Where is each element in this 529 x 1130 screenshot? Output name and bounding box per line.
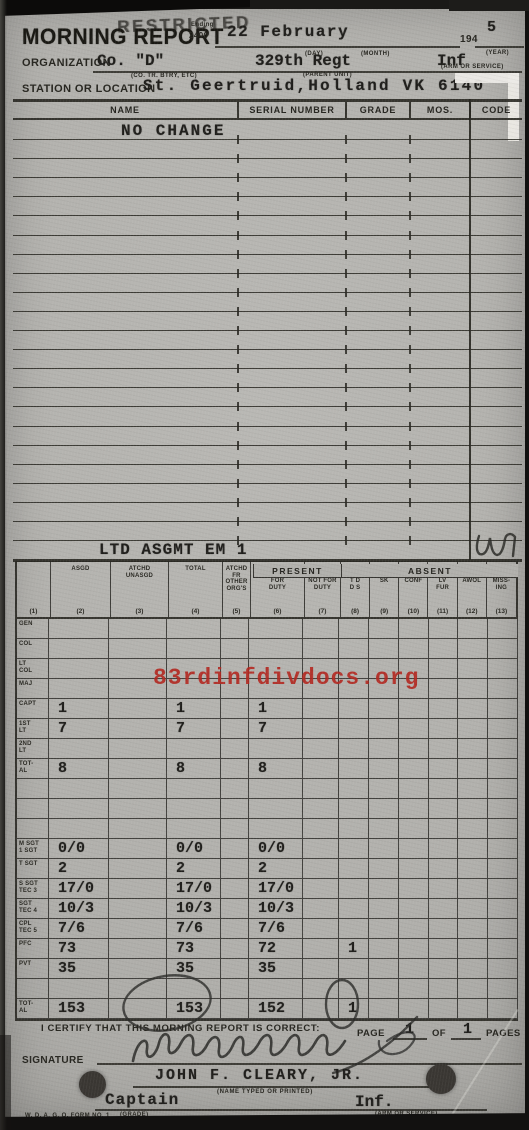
name-table-row bbox=[13, 407, 522, 426]
strength-cell bbox=[221, 639, 249, 659]
strength-col-header: (1) bbox=[17, 562, 51, 617]
punch-hole-left bbox=[79, 1071, 106, 1098]
strength-cell bbox=[429, 959, 459, 979]
strength-row-label: CAPT bbox=[17, 699, 49, 719]
photo-edge-bottom bbox=[0, 1113, 529, 1130]
strength-cell bbox=[109, 639, 167, 659]
strength-cell: 152 bbox=[249, 999, 303, 1019]
name-table-row bbox=[13, 427, 522, 446]
name-table-row bbox=[13, 350, 522, 369]
strength-value: 1 bbox=[348, 940, 357, 957]
strength-value: 1 bbox=[258, 700, 267, 717]
strength-cell: 35 bbox=[249, 959, 303, 979]
strength-col-number: (1) bbox=[17, 608, 50, 615]
strength-cell: 7/6 bbox=[49, 919, 109, 939]
strength-row-label: 2ND LT bbox=[17, 739, 49, 759]
paper-sheet: RESTRICTED MORNING REPORT Ending 2400 22… bbox=[5, 7, 525, 1121]
strength-col-label: ATCHD UNASGD bbox=[111, 566, 168, 579]
strength-value: 17/0 bbox=[58, 880, 94, 897]
strength-value: 0/0 bbox=[258, 840, 285, 857]
punch-hole-right bbox=[426, 1064, 456, 1094]
col-header-mos: MOS. bbox=[409, 102, 469, 118]
strength-row-label: PVT bbox=[17, 959, 49, 979]
certify-statement: I CERTIFY THAT THIS MORNING REPORT IS CO… bbox=[41, 1023, 320, 1034]
strength-cell bbox=[488, 899, 518, 919]
strength-cell bbox=[303, 859, 339, 879]
strength-row-label bbox=[17, 979, 49, 999]
strength-cell bbox=[303, 639, 339, 659]
strength-value: 152 bbox=[258, 1000, 285, 1017]
strength-cell bbox=[167, 819, 221, 839]
name-table-rows: NO CHANGELTD ASGMT EM 1 bbox=[13, 121, 522, 562]
strength-value: 1 bbox=[58, 700, 67, 717]
strength-cell bbox=[488, 979, 518, 999]
strength-cell bbox=[458, 679, 488, 699]
strength-cell bbox=[221, 919, 249, 939]
photo-edge-top-right bbox=[449, 0, 529, 11]
strength-cell bbox=[303, 799, 339, 819]
name-table-row bbox=[13, 159, 522, 178]
strength-cell bbox=[399, 759, 429, 779]
page-label: PAGE bbox=[357, 1028, 385, 1039]
strength-value: 2 bbox=[258, 860, 267, 877]
strength-cell bbox=[458, 719, 488, 739]
strength-cell bbox=[369, 919, 399, 939]
strength-cell bbox=[339, 619, 369, 639]
strength-cell bbox=[303, 959, 339, 979]
strength-cell bbox=[399, 859, 429, 879]
ending-label: Ending bbox=[191, 22, 214, 29]
strength-cell bbox=[109, 959, 167, 979]
strength-col-label: MISS- ING bbox=[487, 578, 516, 591]
strength-col-number: (11) bbox=[428, 608, 456, 615]
strength-cell bbox=[249, 739, 303, 759]
strength-col-label: AWOL bbox=[458, 578, 486, 585]
strength-cell bbox=[221, 719, 249, 739]
strength-cell bbox=[167, 779, 221, 799]
strength-cell bbox=[167, 639, 221, 659]
strength-cell bbox=[109, 839, 167, 859]
strength-cell: 35 bbox=[167, 959, 221, 979]
strength-cell bbox=[339, 779, 369, 799]
name-table-row bbox=[13, 388, 522, 407]
strength-cell bbox=[429, 859, 459, 879]
strength-value: 8 bbox=[176, 760, 185, 777]
strength-col-number: (13) bbox=[487, 608, 516, 615]
org-unit-entry: Co. "D" bbox=[97, 52, 164, 70]
strength-cell bbox=[369, 739, 399, 759]
strength-col-number: (10) bbox=[399, 608, 427, 615]
name-table-row bbox=[13, 331, 522, 350]
strength-cell: 7/6 bbox=[167, 919, 221, 939]
strength-cell bbox=[339, 919, 369, 939]
strength-cell: 17/0 bbox=[167, 879, 221, 899]
strength-cell bbox=[249, 979, 303, 999]
strength-cell bbox=[458, 779, 488, 799]
strength-value: 73 bbox=[58, 940, 76, 957]
strength-cell bbox=[429, 659, 459, 679]
strength-cell bbox=[429, 679, 459, 699]
of-label: OF bbox=[432, 1028, 446, 1039]
strength-cell bbox=[221, 779, 249, 799]
strength-cell bbox=[399, 879, 429, 899]
strength-cell bbox=[339, 639, 369, 659]
strength-cell bbox=[221, 799, 249, 819]
strength-cell bbox=[249, 619, 303, 639]
strength-cell bbox=[458, 959, 488, 979]
strength-cell bbox=[339, 739, 369, 759]
strength-cell bbox=[109, 919, 167, 939]
page-number-entry: 1 bbox=[405, 1021, 414, 1038]
strength-cell bbox=[369, 959, 399, 979]
strength-row-label: T SGT bbox=[17, 859, 49, 879]
strength-cell bbox=[339, 699, 369, 719]
name-table-row bbox=[13, 312, 522, 331]
strength-col-header: ATCHD UNASGD(3) bbox=[111, 562, 169, 617]
strength-cell bbox=[109, 939, 167, 959]
date-underline bbox=[215, 46, 460, 48]
strength-cell bbox=[303, 939, 339, 959]
strength-row-label: 1ST LT bbox=[17, 719, 49, 739]
strength-cell bbox=[339, 899, 369, 919]
name-table-row bbox=[13, 197, 522, 216]
name-table-row: LTD ASGMT EM 1 bbox=[13, 541, 522, 559]
strength-cell bbox=[221, 699, 249, 719]
photo-edge-bottom-left bbox=[0, 1035, 11, 1130]
strength-cell: 10/3 bbox=[249, 899, 303, 919]
ltd-asgmt-entry: LTD ASGMT EM 1 bbox=[99, 541, 247, 559]
strength-value: 35 bbox=[258, 960, 276, 977]
strength-cell bbox=[303, 999, 339, 1019]
name-table-row bbox=[13, 484, 522, 503]
strength-cell bbox=[49, 779, 109, 799]
name-table-row bbox=[13, 255, 522, 274]
strength-col-number: (4) bbox=[169, 608, 222, 615]
strength-cell: 7/6 bbox=[249, 919, 303, 939]
strength-cell bbox=[109, 759, 167, 779]
strength-cell bbox=[303, 699, 339, 719]
signature-label: SIGNATURE bbox=[22, 1055, 84, 1066]
strength-col-label: FOR DUTY bbox=[251, 578, 304, 591]
strength-cell bbox=[458, 899, 488, 919]
year-prefix: 194 bbox=[460, 34, 478, 45]
strength-cell bbox=[399, 719, 429, 739]
strength-cell bbox=[221, 739, 249, 759]
strength-cell bbox=[49, 799, 109, 819]
strength-cell bbox=[109, 879, 167, 899]
strength-row-label: GEN bbox=[17, 619, 49, 639]
strength-cell: 7 bbox=[249, 719, 303, 739]
strength-col-label: ATCHD FR OTHER ORG'S bbox=[223, 566, 250, 592]
strength-value: 2 bbox=[58, 860, 67, 877]
strength-cell bbox=[429, 779, 459, 799]
strength-cell bbox=[488, 739, 518, 759]
strength-value: 73 bbox=[176, 940, 194, 957]
page-underline bbox=[393, 1038, 427, 1040]
strength-cell bbox=[221, 959, 249, 979]
strength-cell bbox=[429, 979, 459, 999]
strength-cell bbox=[249, 799, 303, 819]
strength-cell bbox=[399, 979, 429, 999]
strength-value: 35 bbox=[58, 960, 76, 977]
strength-cell bbox=[167, 619, 221, 639]
strength-value: 7 bbox=[176, 720, 185, 737]
strength-cell bbox=[429, 719, 459, 739]
strength-col-header: ATCHD FR OTHER ORG'S(5) bbox=[223, 562, 251, 617]
strength-cell bbox=[458, 979, 488, 999]
strength-cell bbox=[109, 699, 167, 719]
strength-cell: 2 bbox=[167, 859, 221, 879]
col-header-serial-number: SERIAL NUMBER bbox=[237, 102, 345, 118]
strength-value: 8 bbox=[58, 760, 67, 777]
strength-cell bbox=[399, 779, 429, 799]
strength-cell bbox=[399, 839, 429, 859]
signature-line bbox=[97, 1063, 522, 1065]
strength-cell bbox=[429, 739, 459, 759]
strength-cell bbox=[109, 799, 167, 819]
typed-name-sublabel: (NAME TYPED OR PRINTED) bbox=[217, 1089, 313, 1096]
strength-cell bbox=[458, 879, 488, 899]
strength-cell bbox=[369, 899, 399, 919]
ending-time-label: 2400 bbox=[189, 31, 208, 40]
year-underline bbox=[475, 46, 524, 48]
strength-cell bbox=[303, 759, 339, 779]
strength-cell bbox=[458, 799, 488, 819]
strength-cell: 2 bbox=[249, 859, 303, 879]
strength-cell bbox=[369, 979, 399, 999]
strength-col-number: (2) bbox=[51, 608, 110, 615]
strength-cell bbox=[429, 639, 459, 659]
strength-cell bbox=[303, 779, 339, 799]
name-table-row bbox=[13, 522, 522, 541]
strength-value: 1 bbox=[176, 700, 185, 717]
col-header-code: CODE bbox=[469, 102, 522, 118]
strength-cell bbox=[399, 939, 429, 959]
strength-cell bbox=[488, 759, 518, 779]
strength-cell bbox=[221, 759, 249, 779]
strength-cell bbox=[429, 619, 459, 639]
strength-cell: 1 bbox=[249, 699, 303, 719]
strength-cell bbox=[369, 999, 399, 1019]
strength-value: 153 bbox=[176, 1000, 203, 1017]
strength-cell bbox=[369, 939, 399, 959]
name-table-row bbox=[13, 503, 522, 522]
strength-cell bbox=[303, 979, 339, 999]
strength-cell bbox=[429, 879, 459, 899]
strength-cell bbox=[109, 819, 167, 839]
strength-cell bbox=[109, 739, 167, 759]
strength-cell bbox=[221, 819, 249, 839]
strength-cell bbox=[303, 719, 339, 739]
strength-cell bbox=[399, 699, 429, 719]
strength-cell bbox=[303, 819, 339, 839]
name-table-row bbox=[13, 236, 522, 255]
strength-cell: 10/3 bbox=[49, 899, 109, 919]
strength-cell bbox=[458, 619, 488, 639]
strength-cell bbox=[109, 719, 167, 739]
strength-cell bbox=[339, 759, 369, 779]
watermark-text: 83rdinfdivdocs.org bbox=[153, 665, 419, 691]
strength-cell bbox=[339, 799, 369, 819]
strength-cell bbox=[458, 859, 488, 879]
station-entry: St. Geertruid,Holland VK 6140 bbox=[143, 77, 485, 95]
strength-cell bbox=[399, 819, 429, 839]
strength-col-label: NOT FOR DUTY bbox=[305, 578, 340, 591]
strength-cell bbox=[458, 699, 488, 719]
group-header-absent: ABSENT bbox=[341, 564, 518, 578]
name-table-row bbox=[13, 140, 522, 159]
date-entry: 22 February bbox=[227, 23, 349, 41]
strength-cell: 35 bbox=[49, 959, 109, 979]
strength-cell bbox=[221, 879, 249, 899]
strength-cell: 8 bbox=[49, 759, 109, 779]
strength-cell: 2 bbox=[49, 859, 109, 879]
name-table-row bbox=[13, 369, 522, 388]
strength-cell bbox=[429, 939, 459, 959]
strength-cell bbox=[109, 779, 167, 799]
strength-cell bbox=[221, 999, 249, 1019]
strength-value: 8 bbox=[258, 760, 267, 777]
strength-cell bbox=[488, 799, 518, 819]
strength-cell bbox=[488, 839, 518, 859]
strength-cell bbox=[399, 619, 429, 639]
strength-row-label: LT COL bbox=[17, 659, 49, 679]
strength-row-label: PFC bbox=[17, 939, 49, 959]
strength-value: 1 bbox=[348, 1000, 357, 1017]
strength-cell bbox=[339, 719, 369, 739]
strength-cell bbox=[369, 619, 399, 639]
strength-cell: 7 bbox=[49, 719, 109, 739]
strength-cell bbox=[458, 939, 488, 959]
strength-cell bbox=[488, 919, 518, 939]
strength-row-label bbox=[17, 799, 49, 819]
strength-cell bbox=[49, 639, 109, 659]
strength-value: 72 bbox=[258, 940, 276, 957]
strength-cell bbox=[429, 799, 459, 819]
strength-cell bbox=[221, 859, 249, 879]
strength-col-number: (6) bbox=[251, 608, 304, 615]
strength-cell bbox=[109, 979, 167, 999]
strength-cell: 1 bbox=[167, 699, 221, 719]
strength-value: 35 bbox=[176, 960, 194, 977]
name-table-row bbox=[13, 178, 522, 197]
pages-underline bbox=[451, 1038, 481, 1040]
name-table-row bbox=[13, 293, 522, 312]
strength-value: 7/6 bbox=[258, 920, 285, 937]
strength-cell: 153 bbox=[167, 999, 221, 1019]
strength-cell bbox=[399, 919, 429, 939]
strength-table-header: (1)ASGD(2)ATCHD UNASGD(3)TOTAL(4)ATCHD F… bbox=[15, 561, 518, 619]
strength-col-label: LV FUR bbox=[428, 578, 456, 591]
strength-value: 0/0 bbox=[58, 840, 85, 857]
strength-cell: 1 bbox=[339, 939, 369, 959]
strength-row-label: CPL TEC 5 bbox=[17, 919, 49, 939]
strength-cell bbox=[399, 739, 429, 759]
strength-cell bbox=[249, 779, 303, 799]
strength-cell bbox=[109, 859, 167, 879]
name-table-header: NAME SERIAL NUMBER GRADE MOS. CODE bbox=[13, 99, 522, 120]
strength-cell: 8 bbox=[249, 759, 303, 779]
group-header-present: PRESENT bbox=[253, 564, 341, 578]
strength-value: 7/6 bbox=[58, 920, 85, 937]
strength-cell bbox=[369, 719, 399, 739]
strength-cell bbox=[369, 699, 399, 719]
strength-cell bbox=[339, 819, 369, 839]
strength-col-label: ASGD bbox=[51, 566, 110, 573]
strength-cell bbox=[49, 739, 109, 759]
strength-cell bbox=[429, 899, 459, 919]
strength-cell bbox=[369, 859, 399, 879]
strength-row-label: COL bbox=[17, 639, 49, 659]
name-table-row bbox=[13, 446, 522, 465]
strength-cell bbox=[167, 739, 221, 759]
month-sublabel: (MONTH) bbox=[361, 51, 390, 58]
strength-cell bbox=[488, 619, 518, 639]
scanned-morning-report: RESTRICTED MORNING REPORT Ending 2400 22… bbox=[0, 0, 529, 1130]
strength-cell bbox=[488, 699, 518, 719]
strength-cell bbox=[458, 919, 488, 939]
year-entry: 5 bbox=[487, 19, 496, 36]
typed-name-line bbox=[133, 1086, 429, 1088]
strength-cell: 153 bbox=[49, 999, 109, 1019]
strength-value: 17/0 bbox=[176, 880, 212, 897]
strength-cell: 17/0 bbox=[249, 879, 303, 899]
strength-cell bbox=[399, 959, 429, 979]
strength-col-header: ASGD(2) bbox=[51, 562, 111, 617]
strength-value: 10/3 bbox=[258, 900, 294, 917]
strength-col-number: (5) bbox=[223, 608, 250, 615]
strength-value: 0/0 bbox=[176, 840, 203, 857]
strength-col-number: (8) bbox=[341, 608, 369, 615]
name-table-row: NO CHANGE bbox=[13, 121, 522, 140]
strength-cell: 10/3 bbox=[167, 899, 221, 919]
strength-cell bbox=[303, 619, 339, 639]
strength-col-label: T D D S bbox=[341, 578, 369, 591]
strength-col-label: TOTAL bbox=[169, 566, 222, 573]
name-table-row bbox=[13, 274, 522, 293]
strength-cell bbox=[429, 699, 459, 719]
org-parent-entry: 329th Regt bbox=[255, 52, 351, 70]
typed-name-entry: JOHN F. CLEARY, JR. bbox=[155, 1067, 364, 1084]
strength-cell bbox=[488, 959, 518, 979]
strength-col-number: (12) bbox=[458, 608, 486, 615]
strength-col-label: CONF bbox=[399, 578, 427, 585]
strength-row-label bbox=[17, 819, 49, 839]
name-table-row bbox=[13, 216, 522, 235]
strength-cell bbox=[488, 719, 518, 739]
name-table-row bbox=[13, 465, 522, 484]
no-change-entry: NO CHANGE bbox=[121, 122, 225, 140]
strength-cell bbox=[303, 879, 339, 899]
strength-row-label: TOT- AL bbox=[17, 999, 49, 1019]
strength-cell: 0/0 bbox=[167, 839, 221, 859]
strength-cell bbox=[458, 819, 488, 839]
strength-cell bbox=[303, 899, 339, 919]
strength-value: 17/0 bbox=[258, 880, 294, 897]
strength-cell: 1 bbox=[339, 999, 369, 1019]
strength-cell bbox=[221, 979, 249, 999]
strength-cell: 0/0 bbox=[49, 839, 109, 859]
strength-cell bbox=[49, 679, 109, 699]
strength-cell bbox=[167, 799, 221, 819]
strength-cell: 8 bbox=[167, 759, 221, 779]
strength-cell bbox=[369, 839, 399, 859]
strength-row-label: TOT- AL bbox=[17, 759, 49, 779]
photo-edge-left bbox=[0, 0, 7, 1130]
strength-cell bbox=[303, 839, 339, 859]
strength-cell bbox=[369, 759, 399, 779]
strength-cell bbox=[339, 979, 369, 999]
